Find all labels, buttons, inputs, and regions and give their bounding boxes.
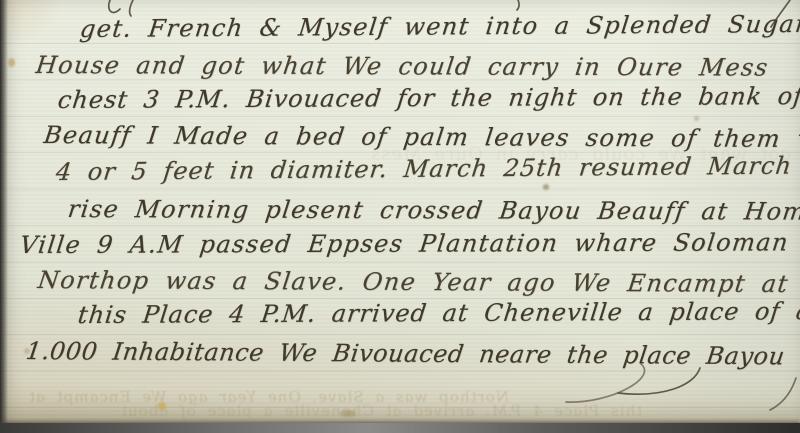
foxing-spot — [158, 402, 166, 410]
manuscript-line: rise Morning plesent crossed Bayou Beauf… — [66, 197, 800, 224]
manuscript-line: House and got what We could carry in Our… — [34, 53, 770, 80]
paper-sheet: House and got what We could carry in Our… — [0, 0, 800, 424]
photo-edge-bottom — [0, 423, 800, 433]
manuscript-line: 1.000 Inhabitance We Bivouaced neare the… — [24, 339, 800, 369]
foxing-spot — [8, 58, 15, 67]
manuscript-photo: House and got what We could carry in Our… — [0, 0, 800, 433]
manuscript-line: chest 3 P.M. Bivouaced for the night on … — [57, 84, 800, 112]
manuscript-line: this Place 4 P.M. arrived at Cheneville … — [77, 299, 800, 327]
foxing-spot — [543, 184, 549, 190]
manuscript-line: 4 or 5 feet in diamiter. March 25th resu… — [55, 153, 800, 184]
manuscript-line: Northop was a Slave. One Year ago We Enc… — [36, 268, 790, 296]
manuscript-line: Beauff I Made a bed of palm leaves some … — [42, 123, 800, 151]
foxing-spot — [340, 410, 356, 417]
manuscript-line: get. French & Myself went into a Splende… — [79, 12, 800, 41]
photo-edge-left — [0, 0, 8, 433]
bleedthrough-text: this Place 4 P.M. arrived at Cheneville … — [119, 404, 643, 419]
manuscript-line: Ville 9 A.M passed Eppses Plantation wha… — [19, 230, 791, 257]
foxing-spot — [694, 116, 699, 121]
